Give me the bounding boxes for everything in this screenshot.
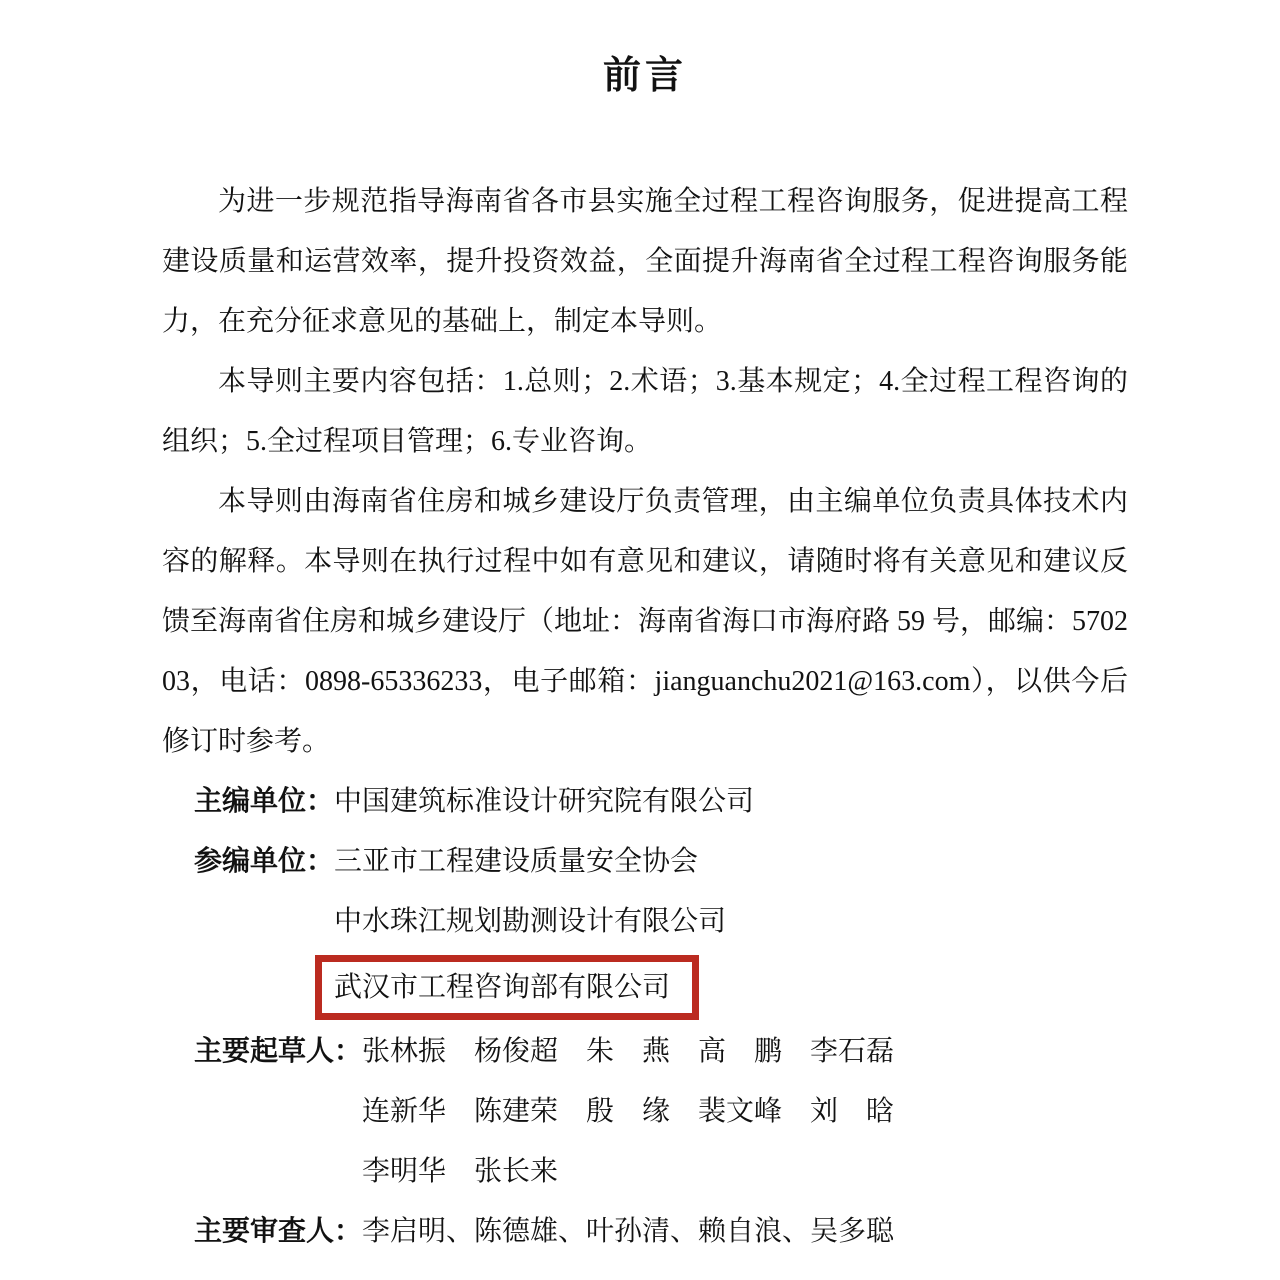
- chief-editor-line: 中国建筑标准设计研究院有限公司: [334, 772, 1128, 832]
- co-editor-line-1: 三亚市工程建设质量安全协会: [334, 832, 1128, 892]
- drafters-label: 主要起草人：: [194, 1022, 362, 1082]
- drafters-entry: 主要起草人： 张林振 杨俊超 朱 燕 高 鹏 李石磊 连新华 陈建荣 殷 缘 裴…: [194, 1022, 1128, 1202]
- co-editor-line-3: 武汉市工程咨询部有限公司: [334, 955, 1128, 1020]
- paragraph-contents: 本导则主要内容包括：1.总则；2.术语；3.基本规定；4.全过程工程咨询的组织；…: [162, 352, 1128, 472]
- chief-editor-entry: 主编单位： 中国建筑标准设计研究院有限公司: [194, 772, 1128, 832]
- document-body: 前言 为进一步规范指导海南省各市县实施全过程工程咨询服务，促进提高工程建设质量和…: [162, 52, 1128, 1262]
- drafters-line-2: 连新华 陈建荣 殷 缘 裴文峰 刘 晗: [362, 1082, 1128, 1142]
- highlighted-company: 武汉市工程咨询部有限公司: [334, 972, 670, 1003]
- paragraph-management: 本导则由海南省住房和城乡建设厅负责管理，由主编单位负责具体技术内容的解释。本导则…: [162, 472, 1128, 772]
- page-title: 前言: [162, 52, 1128, 100]
- chief-editor-content: 中国建筑标准设计研究院有限公司: [334, 772, 1128, 832]
- highlight-box: 武汉市工程咨询部有限公司: [315, 955, 699, 1020]
- reviewers-content: 李启明、陈德雄、叶孙清、赖自浪、吴多聪: [362, 1202, 1128, 1262]
- drafters-content: 张林振 杨俊超 朱 燕 高 鹏 李石磊 连新华 陈建荣 殷 缘 裴文峰 刘 晗 …: [362, 1022, 1128, 1202]
- co-editors-content: 三亚市工程建设质量安全协会 中水珠江规划勘测设计有限公司 武汉市工程咨询部有限公…: [334, 832, 1128, 1022]
- drafters-line-3: 李明华 张长来: [362, 1142, 1128, 1202]
- co-editors-entry: 参编单位： 三亚市工程建设质量安全协会 中水珠江规划勘测设计有限公司 武汉市工程…: [194, 832, 1128, 1022]
- reviewers-line-1: 李启明、陈德雄、叶孙清、赖自浪、吴多聪: [362, 1202, 1128, 1262]
- co-editors-label: 参编单位：: [194, 832, 334, 892]
- paragraph-intro: 为进一步规范指导海南省各市县实施全过程工程咨询服务，促进提高工程建设质量和运营效…: [162, 172, 1128, 352]
- reviewers-entry: 主要审查人： 李启明、陈德雄、叶孙清、赖自浪、吴多聪: [194, 1202, 1128, 1262]
- co-editor-line-2: 中水珠江规划勘测设计有限公司: [334, 892, 1128, 952]
- drafters-line-1: 张林振 杨俊超 朱 燕 高 鹏 李石磊: [362, 1022, 1128, 1082]
- reviewers-label: 主要审查人：: [194, 1202, 362, 1262]
- chief-editor-label: 主编单位：: [194, 772, 334, 832]
- document-page: 前言 为进一步规范指导海南省各市县实施全过程工程咨询服务，促进提高工程建设质量和…: [0, 0, 1280, 1280]
- credits-section: 主编单位： 中国建筑标准设计研究院有限公司 参编单位： 三亚市工程建设质量安全协…: [194, 772, 1128, 1262]
